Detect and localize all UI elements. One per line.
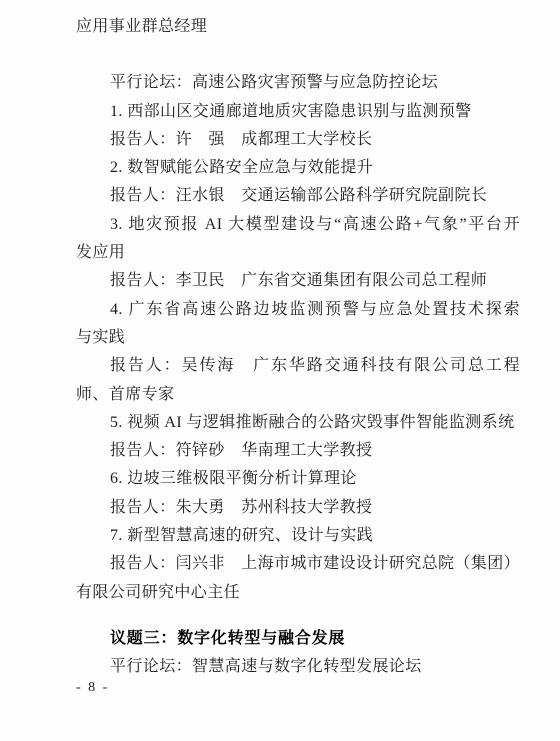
document-body: 应用事业群总经理平行论坛：高速公路灾害预警与应急防控论坛1. 西部山区交通廊道地… xyxy=(76,13,520,682)
text-line: 1. 西部山区交通廊道地质灾害隐患识别与监测预警 xyxy=(76,98,520,126)
text-line: 2. 数智赋能公路安全应急与效能提升 xyxy=(76,154,520,182)
text-line: 与实践 xyxy=(76,324,520,352)
text-line: 7. 新型智慧高速的研究、设计与实践 xyxy=(76,522,520,550)
text-line: 报告人：吴传海 广东华路交通科技有限公司总工程 xyxy=(76,352,520,380)
text-line: 应用事业群总经理 xyxy=(76,13,520,41)
document-page: 应用事业群总经理平行论坛：高速公路灾害预警与应急防控论坛1. 西部山区交通廊道地… xyxy=(0,0,560,741)
text-line: 报告人：符锌砂 华南理工大学教授 xyxy=(76,437,520,465)
text-line: 发应用 xyxy=(76,239,520,267)
text-line: 师、首席专家 xyxy=(76,381,520,409)
text-line: 平行论坛：高速公路灾害预警与应急防控论坛 xyxy=(76,69,520,97)
text-line: 3. 地灾预报 AI 大模型建设与“高速公路+气象”平台开 xyxy=(76,211,520,239)
text-line: 5. 视频 AI 与逻辑推断融合的公路灾毁事件智能监测系统 xyxy=(76,409,520,437)
text-line: 报告人：许 强 成都理工大学校长 xyxy=(76,126,520,154)
text-line: 报告人：汪水银 交通运输部公路科学研究院副院长 xyxy=(76,182,520,210)
text-line: 平行论坛：智慧高速与数字化转型发展论坛 xyxy=(76,653,520,681)
text-line: 报告人：闫兴非 上海市城市建设设计研究总院（集团） xyxy=(76,550,520,578)
text-line: 4. 广东省高速公路边坡监测预警与应急处置技术探索 xyxy=(76,296,520,324)
text-line: 6. 边坡三维极限平衡分析计算理论 xyxy=(76,465,520,493)
page-number: - 8 - xyxy=(76,680,109,696)
section-heading: 议题三：数字化转型与融合发展 xyxy=(76,625,520,653)
text-line: 报告人：李卫民 广东省交通集团有限公司总工程师 xyxy=(76,267,520,295)
text-line: 报告人：朱大勇 苏州科技大学教授 xyxy=(76,494,520,522)
text-line: 有限公司研究中心主任 xyxy=(76,579,520,607)
